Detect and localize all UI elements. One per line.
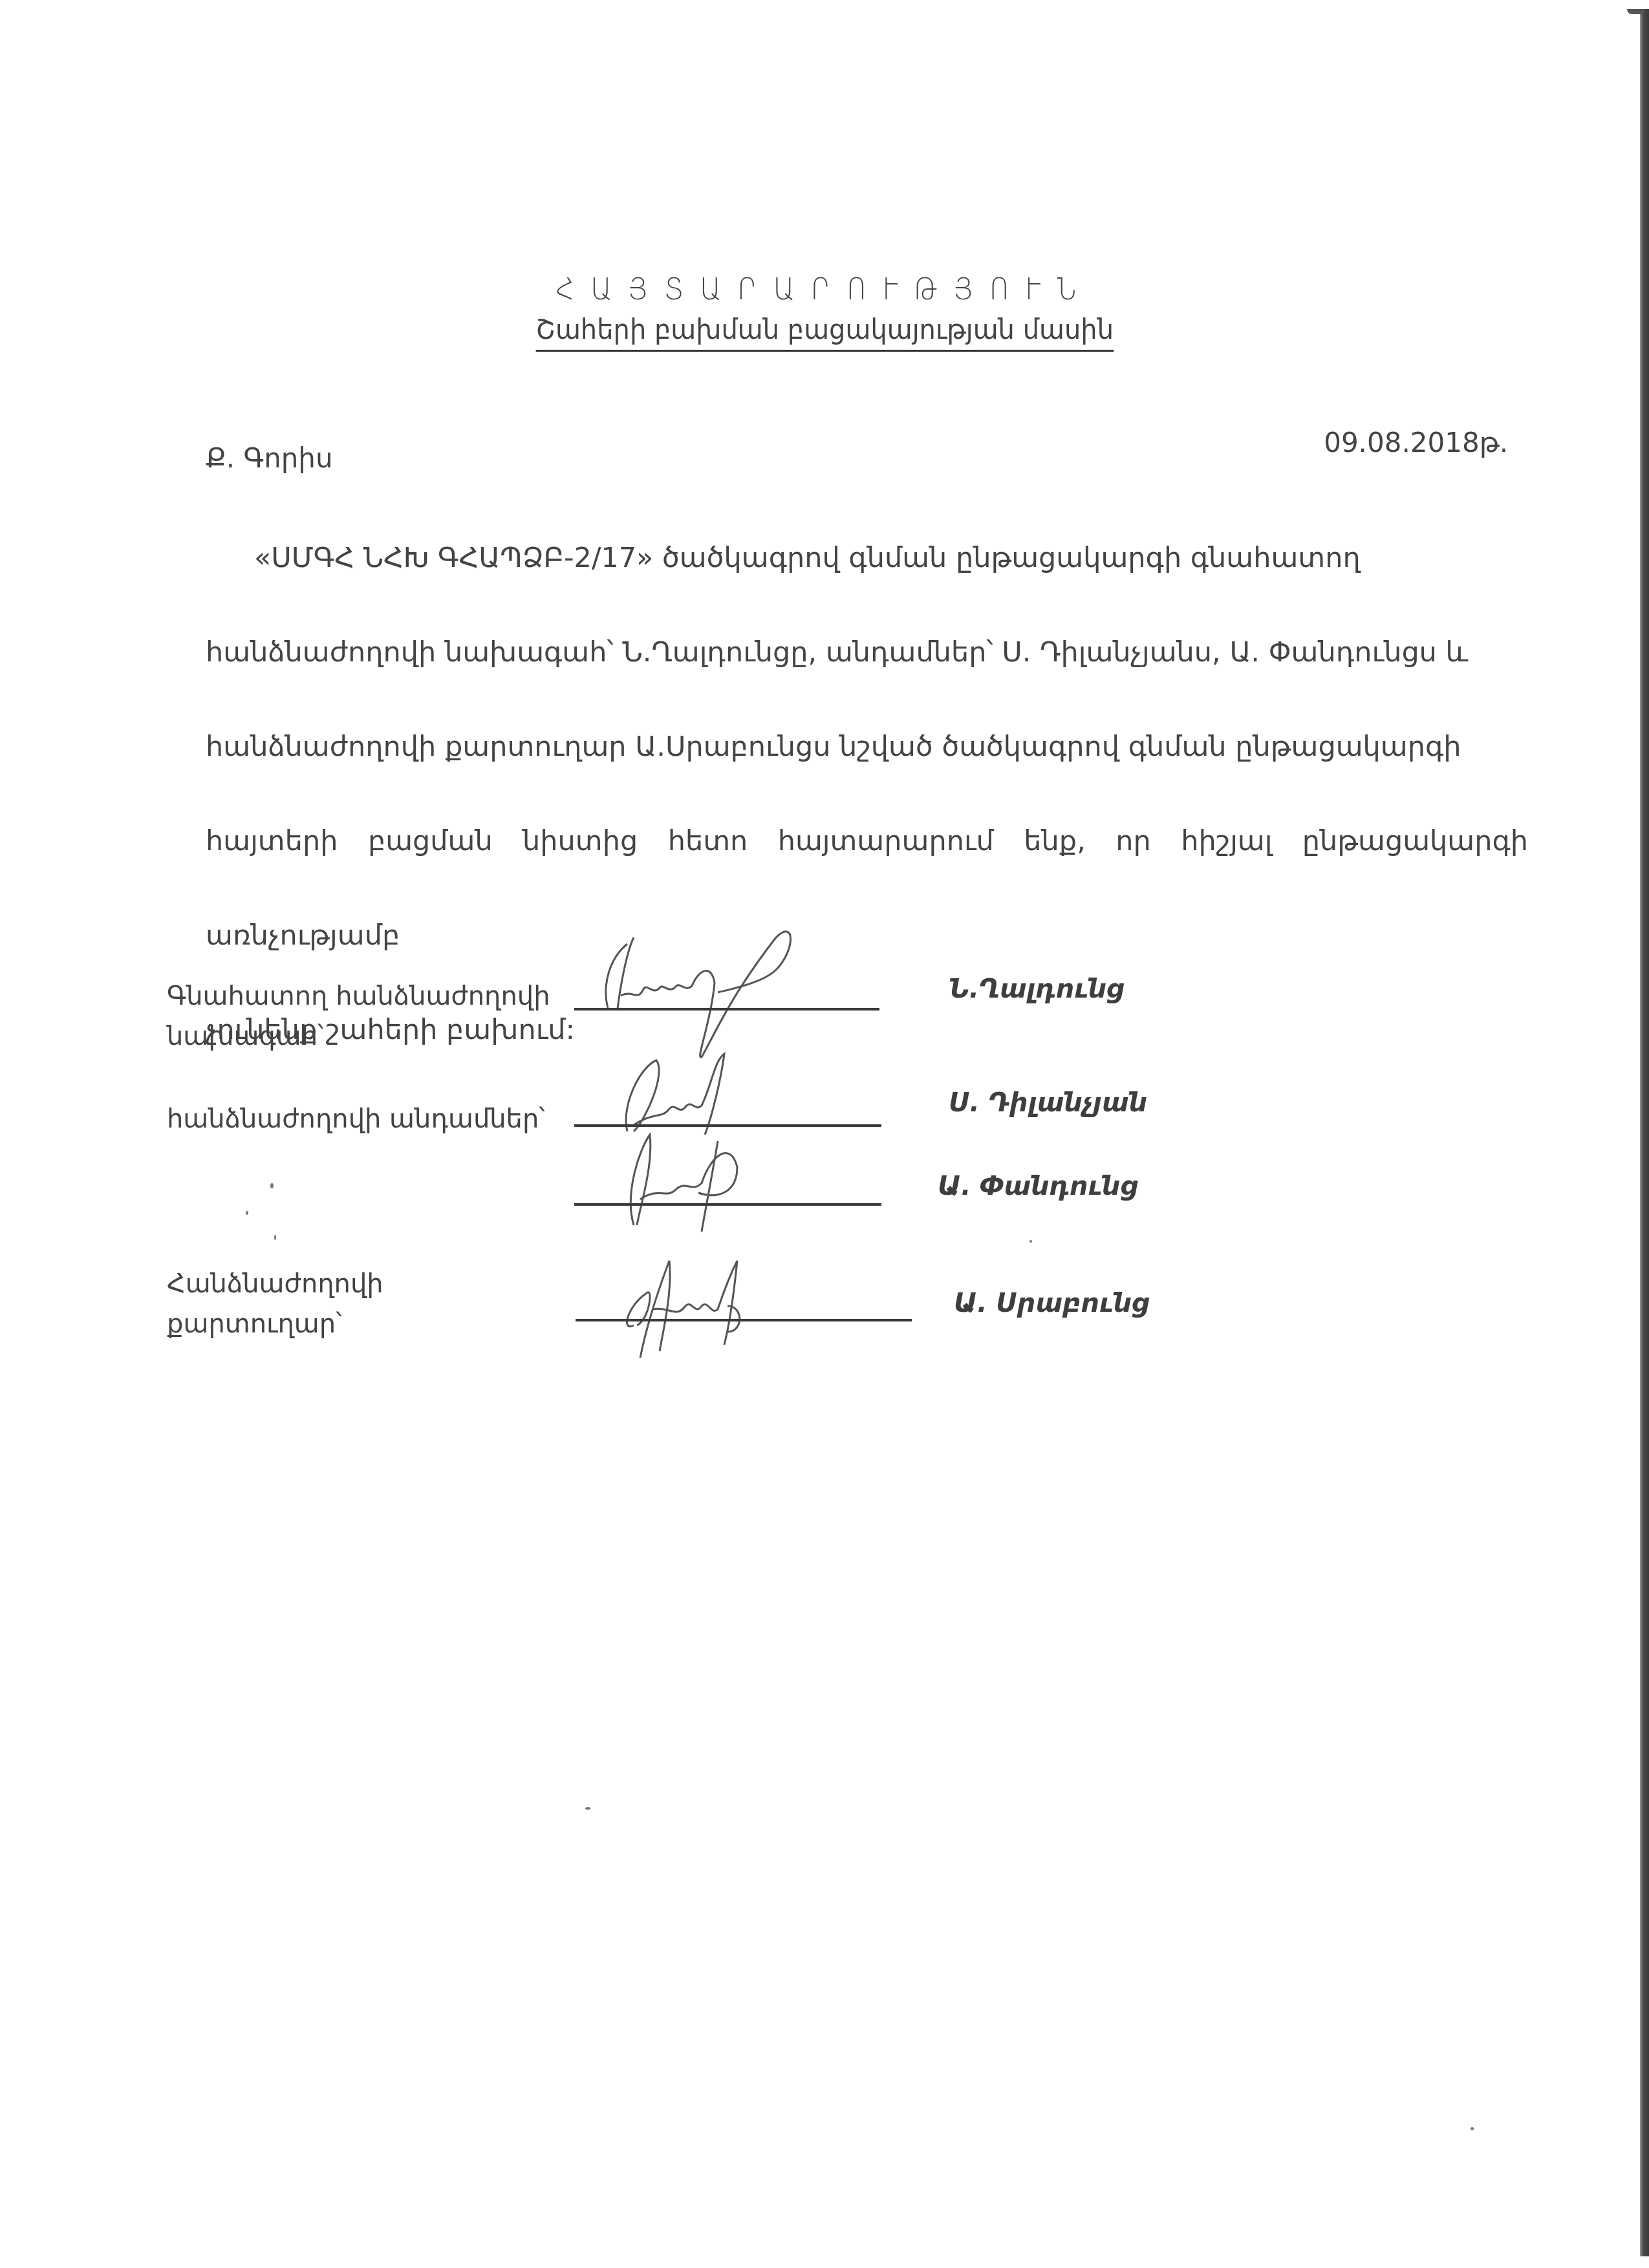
document-subtitle: Շահերի բախման բացակայության մասին [0, 314, 1649, 352]
document-title: ՀԱՅՏԱՐԱՐՈՒԹՅՈՒՆ [83, 272, 1567, 306]
signature-line [574, 1203, 881, 1206]
document-city: Ք. Գորիս [206, 442, 333, 474]
signature-secretary [614, 1254, 821, 1364]
signer-name: Ա. Փանդունց [938, 1171, 1139, 1201]
signature-member-2 [621, 1128, 815, 1238]
scan-speck [270, 1183, 274, 1188]
document-date: 09.08.2018թ. [1324, 427, 1508, 458]
scan-speck [274, 1235, 276, 1240]
document-subtitle-text: Շահերի բախման բացակայության մասին [535, 314, 1113, 352]
signature-role-members: հանձնաժողովի անդամներ՝ [167, 1099, 545, 1139]
signature-role-chairman: Գնահատող հանձնաժողովի նախագահ՝ [167, 976, 550, 1056]
scan-speck [1029, 1240, 1032, 1243]
signature-line [574, 1008, 879, 1011]
signature-role-secretary: Հանձնաժողովի քարտուղար՝ [167, 1264, 383, 1344]
signature-line [576, 1319, 912, 1321]
signature-chairman [582, 912, 892, 1067]
signer-name: Ա. Սրաբունց [954, 1289, 1150, 1318]
scan-border-corner [1627, 9, 1644, 14]
scan-speck [1471, 2127, 1474, 2130]
scan-speck [246, 1211, 248, 1215]
signer-name: Ն.Ղալդունց [949, 974, 1125, 1004]
paragraph-line: հանձնաժողովի քարտուղար Ա.Սրաբունցս նշված… [206, 700, 1528, 794]
paragraph-line: «ՍՄԳՀ ՆՀԽ ԳՀԱՊՁԲ-2/17» ծածկագրով գնման ը… [206, 511, 1528, 605]
signer-name: Ս. Դիլանչյան [949, 1088, 1147, 1118]
scan-speck [585, 1807, 590, 1810]
signature-line [574, 1124, 881, 1127]
paragraph-line: հանձնաժողովի նախագահ՝ Ն.Ղալդունցը, անդամ… [206, 605, 1528, 700]
